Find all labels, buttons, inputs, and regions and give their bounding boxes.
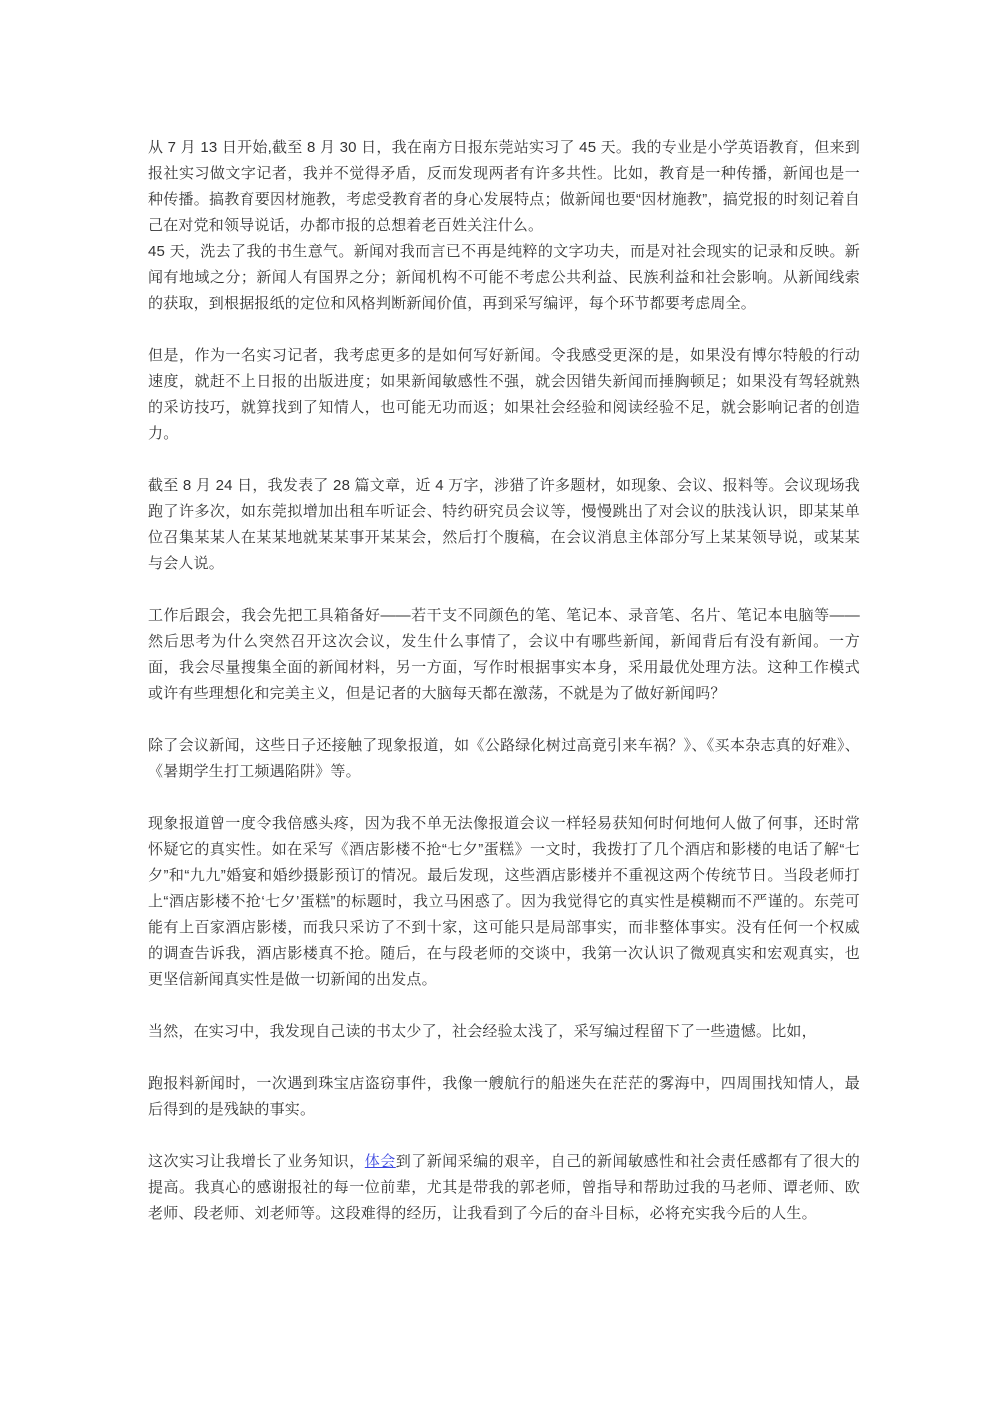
paragraph-intern-reporter: 但是，作为一名实习记者，我考虑更多的是如何写好新闻。令我感受更深的是，如果没有博… (148, 343, 860, 447)
paragraph-closing: 这次实习让我增长了业务知识，体会到了新闻采编的艰辛，自己的新闻敏感性和社会责任感… (148, 1149, 860, 1227)
paragraph-jewelry-theft: 跑报料新闻时，一次遇到珠宝店盗窃事件，我像一艘航行的船迷失在茫茫的雾海中，四周围… (148, 1071, 860, 1123)
paragraph-intro: 从 7 月 13 日开始,截至 8 月 30 日，我在南方日报东莞站实习了 45… (148, 135, 860, 239)
tihui-link[interactable]: 体会 (365, 1153, 396, 1170)
paragraph-phenomenon-reports: 除了会议新闻，这些日子还接触了现象报道，如《公路绿化树过高竟引来车祸？》、《买本… (148, 733, 860, 785)
document-body: 从 7 月 13 日开始,截至 8 月 30 日，我在南方日报东莞站实习了 45… (148, 135, 860, 1227)
closing-text-before: 这次实习让我增长了业务知识， (148, 1153, 365, 1170)
paragraph-regrets: 当然，在实习中，我发现自己读的书太少了，社会经验太浅了，采写编过程留下了一些遗憾… (148, 1019, 860, 1045)
paragraph-45-days: 45 天，洗去了我的书生意气。新闻对我而言已不再是纯粹的文字功夫，而是对社会现实… (148, 239, 860, 317)
paragraph-toolbox: 工作后跟会，我会先把工具箱备好——若干支不同颜色的笔、笔记本、录音笔、名片、笔记… (148, 603, 860, 707)
document-page: 从 7 月 13 日开始,截至 8 月 30 日，我在南方日报东莞站实习了 45… (0, 0, 1000, 1415)
paragraph-qixi-cake: 现象报道曾一度令我倍感头疼，因为我不单无法像报道会议一样轻易获知何时何地何人做了… (148, 811, 860, 993)
paragraph-articles-published: 截至 8 月 24 日，我发表了 28 篇文章，近 4 万字，涉猎了许多题材，如… (148, 473, 860, 577)
